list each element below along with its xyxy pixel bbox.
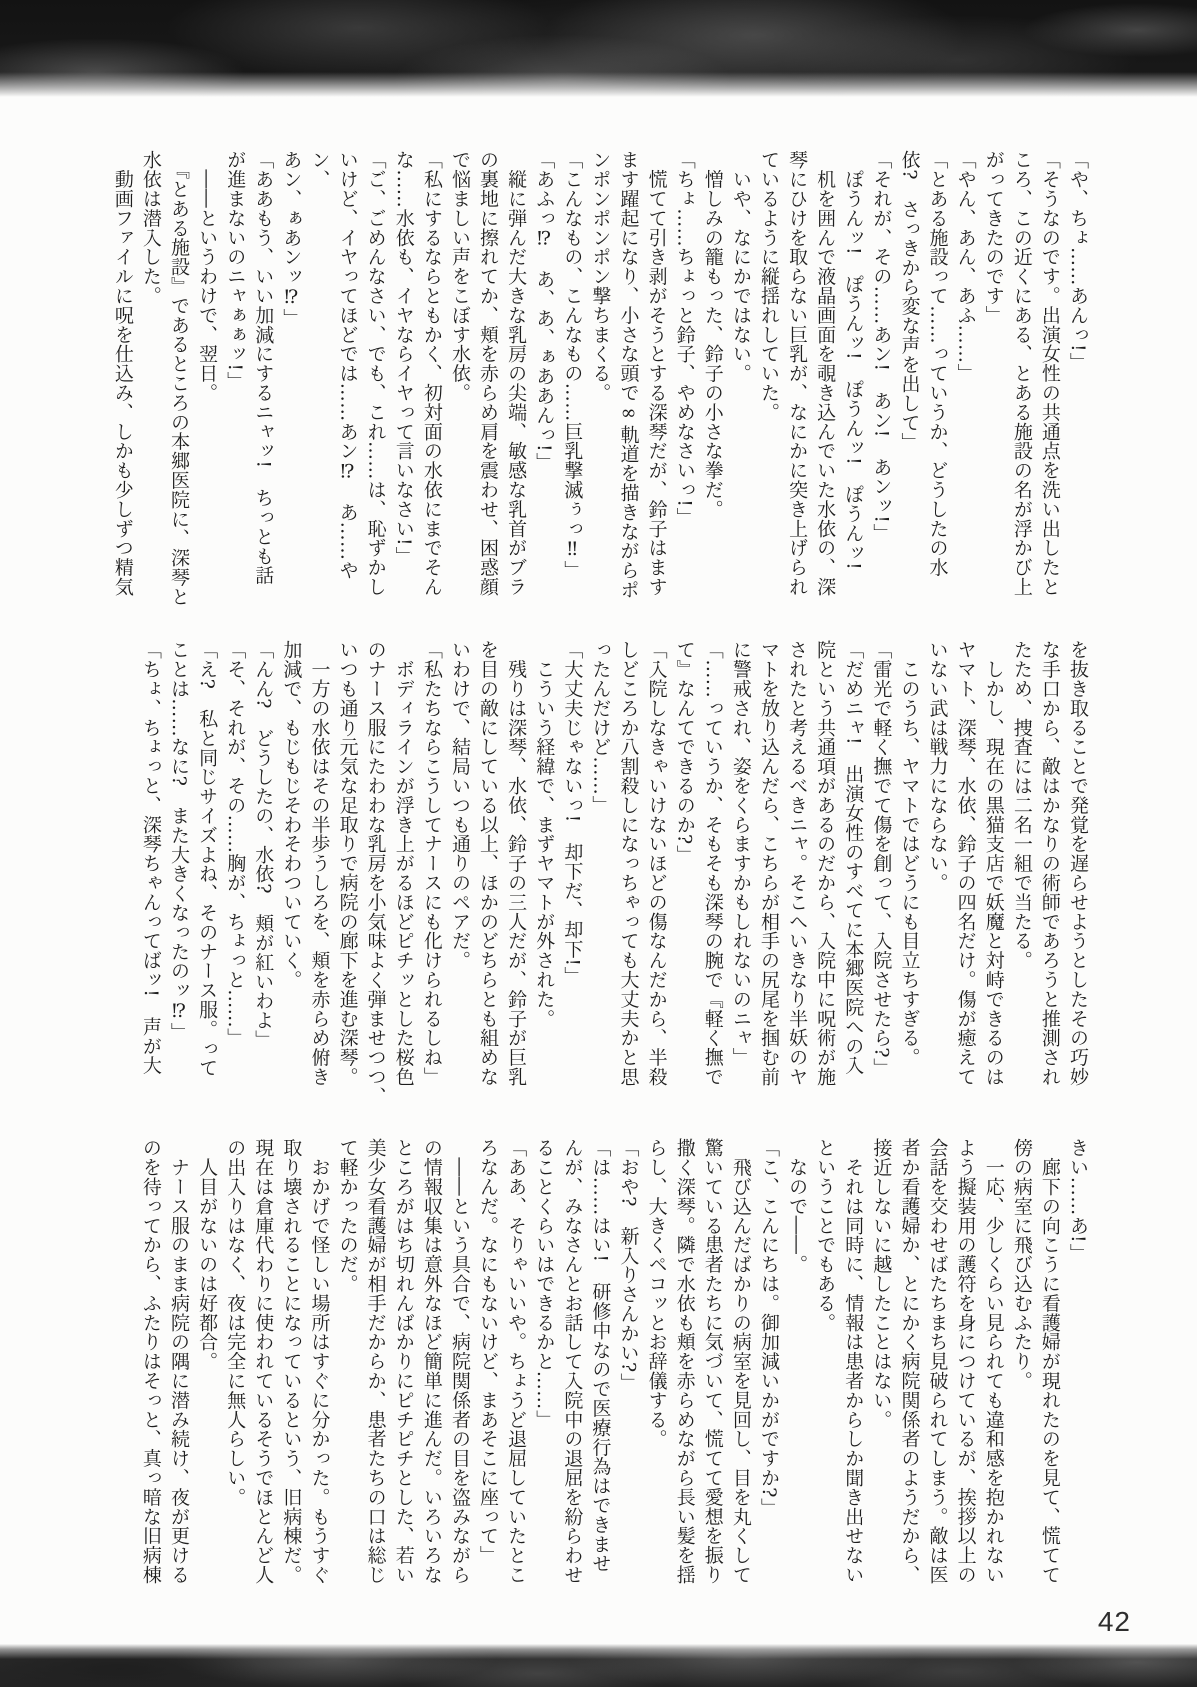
- text-line: 慌てて引き剥がそうとする深琴だが、鈴子はます: [643, 150, 671, 618]
- text-line: いない武は戦力にならない。: [923, 640, 951, 1108]
- text-line: 飛び込んだばかりの病室を見回し、目を丸くして: [727, 1138, 755, 1606]
- text-line: ところがはち切れんばかりにピチピチとした、若い: [390, 1138, 418, 1606]
- text-line: を抜き取ることで発覚を遅らせようとしたその巧妙: [1064, 640, 1092, 1108]
- text-line: の出入りはなく、夜は完全に無人らしい。: [221, 1138, 249, 1606]
- footer-artwork: [0, 1642, 1197, 1687]
- text-line: いけど、イヤってほどでは……あン⁉ あ……やン、: [305, 150, 361, 618]
- text-band-3: きい……あ!」 廊下の向こうに看護婦が現れたのを見て、慌てて傍の病室に飛び込むふ…: [136, 1138, 1092, 1606]
- text-line: いつも通り元気な足取りで病院の廊下を進む深琴。: [333, 640, 361, 1108]
- text-line: ます躍起になり、小さな頭で∞軌道を描きながらポ: [614, 150, 642, 618]
- text-line: 「だめニャ! 出演女性のすべてに本郷医院への入: [839, 640, 867, 1108]
- text-line: 憎しみの籠もった、鈴子の小さな拳だ。: [699, 150, 727, 618]
- text-line: 撒く深琴。隣で水依も頬を赤らめながら長い髪を揺: [671, 1138, 699, 1606]
- text-line: 一方の水依はその半歩うしろを、頬を赤らめ俯き: [305, 640, 333, 1108]
- text-line: いわけで、結局いつも通りのペアだ。: [446, 640, 474, 1108]
- text-line: 者か看護婦か、とにかく病院関係者のようだから、: [895, 1138, 923, 1606]
- text-line: ――という具合で、病院関係者の目を盗みながら: [446, 1138, 474, 1606]
- text-line: 一応、少しくらい見られても違和感を抱かれない: [980, 1138, 1008, 1606]
- text-line: それは同時に、情報は患者からしか聞き出せない: [839, 1138, 867, 1606]
- text-line: 「ああもう、いい加減にするニャッ! ちっとも話: [249, 150, 277, 618]
- text-line: きい……あ!」: [1064, 1138, 1092, 1606]
- text-line: ――というわけで、翌日。: [193, 150, 221, 618]
- text-line: 動画ファイルに呪を仕込み、しかも少しずつ精気: [109, 150, 137, 618]
- text-line: んが、みなさんとお話して入院中の退屈を紛らわせ: [558, 1138, 586, 1606]
- text-line: 「私にするならともかく、初対面の水依にまでそん: [418, 150, 446, 618]
- text-line: 「大丈夫じゃないっ! 却下だ、却下!」: [558, 640, 586, 1108]
- text-line: 接近しないに越したことはない。: [867, 1138, 895, 1606]
- text-line: ことは……なに? また大きくなったのッ⁉」: [165, 640, 193, 1108]
- text-line: 「それが、その……あン! あン! あンッ!」: [867, 150, 895, 618]
- text-line: 『とある施設』であるところの本郷医院に、深琴と: [165, 150, 193, 618]
- text-line: ているように縦揺れしていた。: [755, 150, 783, 618]
- text-line: の情報収集は意外なほど簡単に進んだ。いろいろな: [418, 1138, 446, 1606]
- text-line: 「私たちならこうしてナースにも化けられるしね」: [418, 640, 446, 1108]
- text-line: 「とある施設って……っていうか、どうしたの水: [923, 150, 951, 618]
- text-line: がってきたのです」: [980, 150, 1008, 618]
- text-line: 驚いている患者たちに気づいて、慌てて愛想を振り: [699, 1138, 727, 1606]
- text-line: のを待ってから、ふたりはそっと、真っ暗な旧病棟: [137, 1138, 165, 1606]
- text-line: ヤマト、深琴、水依、鈴子の四名だけ。傷が癒えて: [952, 640, 980, 1108]
- text-line: されたと考えるべきニャ。そこへいきなり半妖のヤ: [783, 640, 811, 1108]
- text-line: 「そうなのです。出演女性の共通点を洗い出したと: [1036, 150, 1064, 618]
- text-line: な手口から、敵はかなりの術師であろうと推測され: [1036, 640, 1064, 1108]
- book-page: 「や、ちょ……あんっ!」「そうなのです。出演女性の共通点を洗い出したところ、この…: [0, 0, 1197, 1687]
- text-line: おかげで怪しい場所はすぐに分かった。もうすぐ: [305, 1138, 333, 1606]
- text-line: ナース服のまま病院の隅に潜み続け、夜が更ける: [165, 1138, 193, 1606]
- text-line: マトを放り込んだら、こちらが相手の尻尾を掴む前: [755, 640, 783, 1108]
- text-line: 縦に弾んだ大きな乳房の尖端、敏感な乳首がブラ: [502, 150, 530, 618]
- text-line: 「は……はい! 研修中なので医療行為はできませ: [586, 1138, 614, 1606]
- text-line: に警戒され、姿をくらますかもしれないのニャ」: [727, 640, 755, 1108]
- text-line: 「ちょ、ちょっと、深琴ちゃんってばッ! 声が大: [137, 640, 165, 1108]
- text-line: たため、捜査には二名一組で当たる。: [1008, 640, 1036, 1108]
- text-line: ンポンポンポン撃ちまくる。: [586, 150, 614, 618]
- text-line: 「んん? どうしたの、水依? 頬が紅いわよ」: [249, 640, 277, 1108]
- text-band-2: を抜き取ることで発覚を遅らせようとしたその巧妙な手口から、敵はかなりの術師であろ…: [136, 640, 1092, 1108]
- text-line: のナース服にたわわな乳房を小気味よく弾ませつつ、: [362, 640, 390, 1108]
- text-line: ろなんだ。なにもないけど、まあそこに座って」: [474, 1138, 502, 1606]
- text-line: このうち、ヤマトではどうにも目立ちすぎる。: [895, 640, 923, 1108]
- text-line: 水依は潜入した。: [137, 150, 165, 618]
- text-line: 「あふっ⁉ あ、あ、ぁああんっ!」: [530, 150, 558, 618]
- text-line: 「ご、ごめんなさい、でも、これ……は、恥ずかし: [362, 150, 390, 618]
- text-line: こういう経緯で、まずヤマトが外された。: [530, 640, 558, 1108]
- text-line: 「え? 私と同じサイズよね、そのナース服。って: [193, 640, 221, 1108]
- text-line: らし、大きくペコッとお辞儀する。: [643, 1138, 671, 1606]
- text-line: よう擬装用の護符を身につけているが、挨拶以上の: [952, 1138, 980, 1606]
- text-line: しどころか八割殺しになっちゃっても大丈夫かと思: [614, 640, 642, 1108]
- text-line: 人目がないのは好都合。: [193, 1138, 221, 1606]
- text-line: 「……っていうか、そもそも深琴の腕で『軽く撫で: [699, 640, 727, 1108]
- text-line: 「おや? 新入りさんかい?」: [614, 1138, 642, 1606]
- text-line: 「こんなもの、こんなもの……巨乳撃滅ぅっ‼」: [558, 150, 586, 618]
- text-line: 美少女看護婦が相手だからか、患者たちの口は総じ: [362, 1138, 390, 1606]
- text-line: 「雷光で軽く撫でて傷を創って、入院させたら?」: [867, 640, 895, 1108]
- text-line: 院という共通項があるのだから、入院中に呪術が施: [811, 640, 839, 1108]
- text-line: 「ああ、そりゃいいや。ちょうど退屈していたとこ: [502, 1138, 530, 1606]
- text-line: 傍の病室に飛び込むふたり。: [1008, 1138, 1036, 1606]
- text-line: で悩ましい声をこぼす水依。: [446, 150, 474, 618]
- text-line: ということでもある。: [811, 1138, 839, 1606]
- text-line: ったんだけど……」: [586, 640, 614, 1108]
- text-line: いや、なにかではない。: [727, 150, 755, 618]
- text-line: ぽうんッ! ぽうんッ! ぽうんッ! ぽうんッ!: [839, 150, 867, 618]
- text-line: 加減で、もじもじそわそわついていく。: [277, 640, 305, 1108]
- text-line: 「入院しなきゃいけないほどの傷なんだから、半殺: [643, 640, 671, 1108]
- text-line: を目の敵にしている以上、ほかのどちらとも組めな: [474, 640, 502, 1108]
- text-line: が進まないのニャぁぁッ!」: [221, 150, 249, 618]
- text-line: 廊下の向こうに看護婦が現れたのを見て、慌てて: [1036, 1138, 1064, 1606]
- text-line: ころ、この近くにある、とある施設の名が浮かび上: [1008, 150, 1036, 618]
- text-line: 「やん、あん、あふ……」: [952, 150, 980, 618]
- text-line: な……水依も、イヤならイヤって言いなさい!」: [390, 150, 418, 618]
- text-line: ることくらいはできるかと……」: [530, 1138, 558, 1606]
- text-band-1: 「や、ちょ……あんっ!」「そうなのです。出演女性の共通点を洗い出したところ、この…: [136, 150, 1092, 618]
- header-artwork: [0, 0, 1197, 100]
- text-line: 会話を交わせばたちまち見破られてしまう。敵は医: [923, 1138, 951, 1606]
- text-line: 机を囲んで液晶画面を覗き込んでいた水依の、深: [811, 150, 839, 618]
- text-line: 「そ、それが、その……胸が、ちょっと……」: [221, 640, 249, 1108]
- text-line: 現在は倉庫代わりに使われているそうでほとんど人: [249, 1138, 277, 1606]
- text-line: て軽かったのだ。: [333, 1138, 361, 1606]
- text-line: しかし、現在の黒猫支店で妖魔と対峙できるのは: [980, 640, 1008, 1108]
- text-line: 琴にひけを取らない巨乳が、なにかに突き上げられ: [783, 150, 811, 618]
- text-line: ボディラインが浮き上がるほどピチッとした桜色: [390, 640, 418, 1108]
- text-line: の裏地に擦れてか、頬を赤らめ肩を震わせ、困惑顔: [474, 150, 502, 618]
- text-line: 依? さっきから変な声を出して」: [895, 150, 923, 618]
- text-line: て』なんてできるのか?」: [671, 640, 699, 1108]
- text-line: 「ちょ……ちょっと鈴子、やめなさいっ!」: [671, 150, 699, 618]
- text-line: なので――。: [783, 1138, 811, 1606]
- text-line: 「や、ちょ……あんっ!」: [1064, 150, 1092, 618]
- page-number: 42: [1098, 1606, 1131, 1638]
- text-line: 「こ、こんにちは。御加減いかがですか?」: [755, 1138, 783, 1606]
- text-line: あン、ぁあンッ⁉」: [277, 150, 305, 618]
- text-line: 残りは深琴、水依、鈴子の三人だが、鈴子が巨乳: [502, 640, 530, 1108]
- text-line: 取り壊されることになっているという、旧病棟だ。: [277, 1138, 305, 1606]
